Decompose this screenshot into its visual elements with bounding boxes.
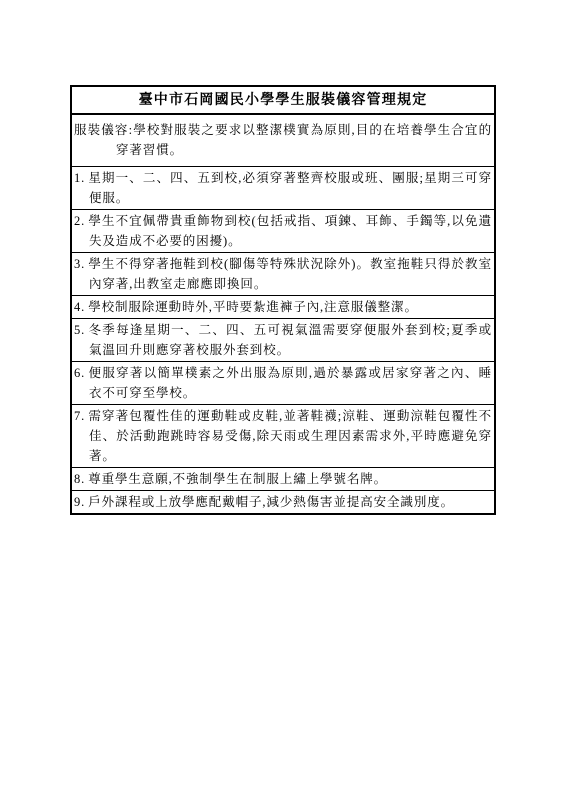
rule-paragraph: 5.冬季每逢星期一、二、四、五可視氣溫需要穿便服外套到校;夏季或氣溫回升則應穿著… (74, 320, 492, 360)
rule-paragraph: 7.需穿著包覆性佳的運動鞋或皮鞋,並著鞋襪;涼鞋、運動涼鞋包覆性不佳、於活動跑跳… (74, 406, 492, 466)
rule-paragraph: 8.尊重學生意願,不強制學生在制服上繡上學號名牌。 (74, 469, 492, 489)
document-title: 臺中市石岡國民小學學生服裝儀容管理規定 (139, 93, 428, 108)
rule-row-5: 5.冬季每逢星期一、二、四、五可視氣溫需要穿便服外套到校;夏季或氣溫回升則應穿著… (72, 319, 494, 362)
rule-text: 冬季每逢星期一、二、四、五可視氣溫需要穿便服外套到校;夏季或氣溫回升則應穿著校服… (88, 323, 492, 357)
rule-number: 6. (74, 366, 85, 380)
rule-text: 學生不得穿著拖鞋到校(腳傷等特殊狀況除外)。教室拖鞋只得於教室內穿著,出教室走廊… (88, 257, 492, 291)
rule-paragraph: 6.便服穿著以簡單樸素之外出服為原則,過於暴露或居家穿著之內、睡衣不可穿至學校。 (74, 363, 492, 403)
rule-paragraph: 9.戶外課程或上放學應配戴帽子,減少熱傷害並提高安全識別度。 (74, 492, 492, 512)
rule-text: 尊重學生意願,不強制學生在制服上繡上學號名牌。 (88, 472, 387, 486)
rule-number: 3. (74, 257, 85, 271)
rule-number: 8. (74, 472, 85, 486)
rule-text: 便服穿著以簡單樸素之外出服為原則,過於暴露或居家穿著之內、睡衣不可穿至學校。 (88, 366, 492, 400)
rule-row-4: 4.學校制服除運動時外,平時要紮進褲子內,注意服儀整潔。 (72, 296, 494, 319)
rule-row-6: 6.便服穿著以簡單樸素之外出服為原則,過於暴露或居家穿著之內、睡衣不可穿至學校。 (72, 362, 494, 405)
rule-row-3: 3.學生不得穿著拖鞋到校(腳傷等特殊狀況除外)。教室拖鞋只得於教室內穿著,出教室… (72, 253, 494, 296)
rule-row-7: 7.需穿著包覆性佳的運動鞋或皮鞋,並著鞋襪;涼鞋、運動涼鞋包覆性不佳、於活動跑跳… (72, 405, 494, 468)
rule-text: 需穿著包覆性佳的運動鞋或皮鞋,並著鞋襪;涼鞋、運動涼鞋包覆性不佳、於活動跑跳時容… (88, 409, 492, 463)
rule-text: 星期一、二、四、五到校,必須穿著整齊校服或班、團服;星期三可穿便服。 (88, 171, 492, 205)
intro-row: 服裝儀容:學校對服裝之要求以整潔樸實為原則,目的在培養學生合宜的穿著習慣。 (72, 115, 494, 167)
regulation-table: 臺中市石岡國民小學學生服裝儀容管理規定 服裝儀容:學校對服裝之要求以整潔樸實為原… (70, 85, 496, 515)
intro-text: 學校對服裝之要求以整潔樸實為原則,目的在培養學生合宜的穿著習慣。 (116, 123, 492, 157)
rule-paragraph: 1.星期一、二、四、五到校,必須穿著整齊校服或班、團服;星期三可穿便服。 (74, 168, 492, 208)
rule-row-8: 8.尊重學生意願,不強制學生在制服上繡上學號名牌。 (72, 468, 494, 491)
intro-label: 服裝儀容: (74, 123, 133, 137)
title-row: 臺中市石岡國民小學學生服裝儀容管理規定 (72, 87, 494, 115)
intro-paragraph: 服裝儀容:學校對服裝之要求以整潔樸實為原則,目的在培養學生合宜的穿著習慣。 (74, 120, 492, 160)
rule-paragraph: 3.學生不得穿著拖鞋到校(腳傷等特殊狀況除外)。教室拖鞋只得於教室內穿著,出教室… (74, 254, 492, 294)
rule-paragraph: 4.學校制服除運動時外,平時要紮進褲子內,注意服儀整潔。 (74, 297, 492, 317)
rule-number: 2. (74, 214, 85, 228)
rule-number: 9. (74, 495, 85, 509)
rule-row-1: 1.星期一、二、四、五到校,必須穿著整齊校服或班、團服;星期三可穿便服。 (72, 167, 494, 210)
rule-text: 學校制服除運動時外,平時要紮進褲子內,注意服儀整潔。 (88, 300, 418, 314)
rule-number: 4. (74, 300, 85, 314)
rule-text: 學生不宜佩帶貴重飾物到校(包括戒指、項鍊、耳飾、手鐲等,以免遺失及造成不必要的困… (88, 214, 492, 248)
rule-number: 7. (74, 409, 85, 423)
rule-number: 1. (74, 171, 85, 185)
rule-number: 5. (74, 323, 85, 337)
rule-text: 戶外課程或上放學應配戴帽子,減少熱傷害並提高安全識別度。 (88, 495, 454, 509)
rule-row-9: 9.戶外課程或上放學應配戴帽子,減少熱傷害並提高安全識別度。 (72, 491, 494, 513)
document-page: 臺中市石岡國民小學學生服裝儀容管理規定 服裝儀容:學校對服裝之要求以整潔樸實為原… (0, 0, 566, 800)
rule-paragraph: 2.學生不宜佩帶貴重飾物到校(包括戒指、項鍊、耳飾、手鐲等,以免遺失及造成不必要… (74, 211, 492, 251)
rule-row-2: 2.學生不宜佩帶貴重飾物到校(包括戒指、項鍊、耳飾、手鐲等,以免遺失及造成不必要… (72, 210, 494, 253)
